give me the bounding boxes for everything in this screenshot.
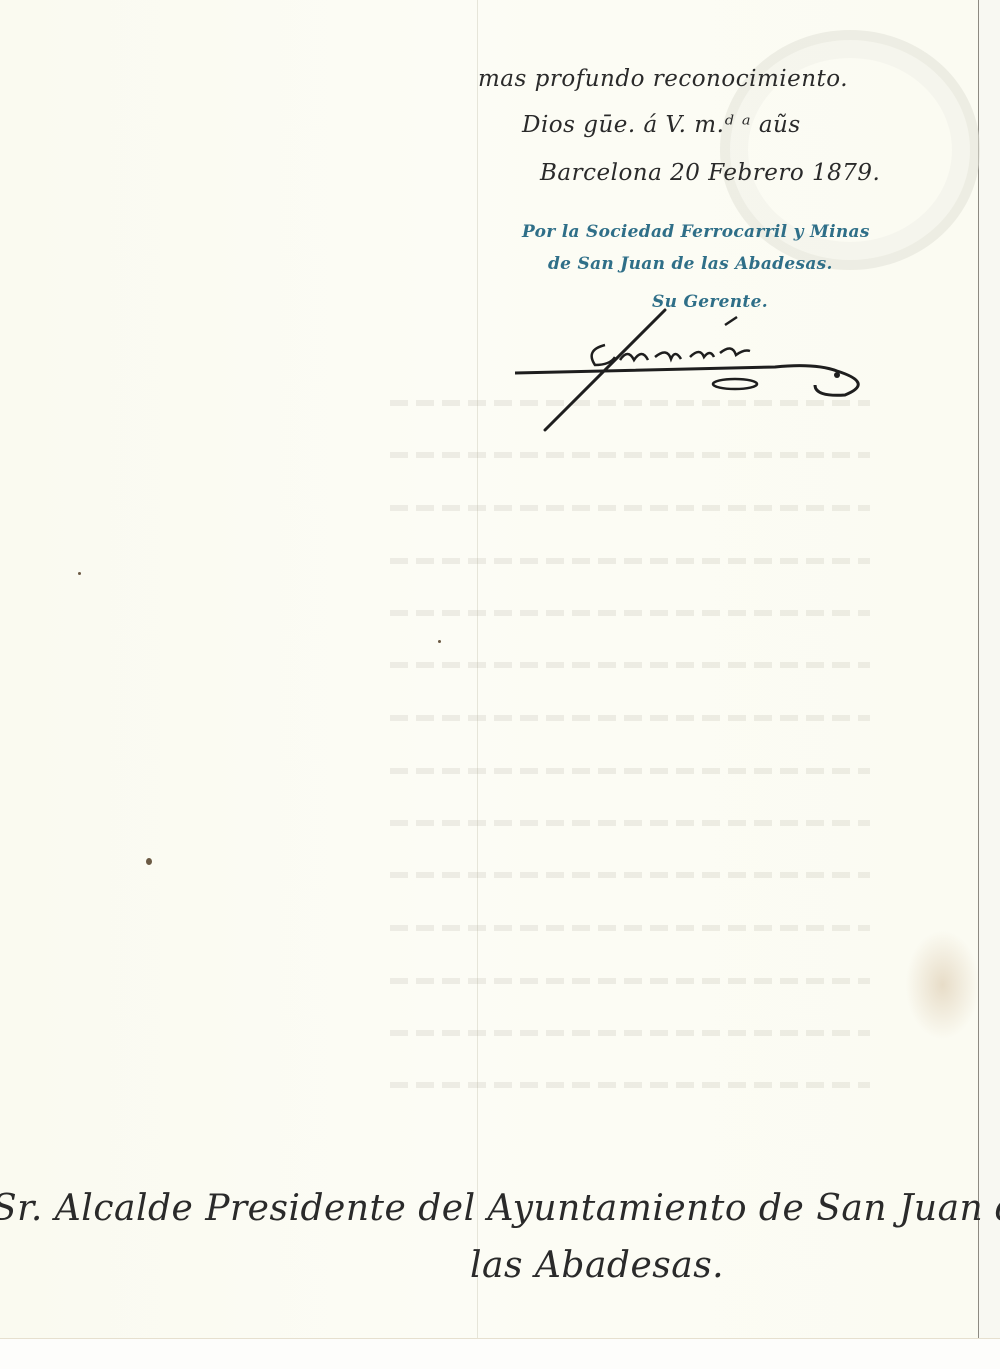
bleed-through-text xyxy=(390,978,870,984)
closing-line-2: Dios gūe. á V. m.ᵈ ᵃ aũs xyxy=(522,112,801,138)
bleed-through-text xyxy=(390,715,870,721)
ink-speck xyxy=(146,858,152,865)
bleed-through-text xyxy=(390,820,870,826)
bleed-through-text xyxy=(390,610,870,616)
addressee-line-2: las Abadesas. xyxy=(470,1245,724,1286)
bleed-through-text xyxy=(390,505,870,511)
addressee-line-1: Sr. Alcalde Presidente del Ayuntamiento … xyxy=(0,1188,1000,1229)
paper-fold-line xyxy=(477,0,478,1338)
foxing-stain xyxy=(905,930,980,1040)
bleed-through-text xyxy=(390,768,870,774)
signature-flourish xyxy=(515,305,885,435)
ink-speck xyxy=(438,640,441,643)
date-line: Barcelona 20 Febrero 1879. xyxy=(540,160,880,186)
stamp-company-line-2: de San Juan de las Abadesas. xyxy=(548,254,833,274)
stamp-company-line-1: Por la Sociedad Ferrocarril y Minas xyxy=(522,222,870,242)
bleed-through-text xyxy=(390,452,870,458)
bleed-through-text xyxy=(390,872,870,878)
bleed-through-text xyxy=(390,662,870,668)
closing-line-1: mas profundo reconocimiento. xyxy=(478,66,848,92)
page-edge xyxy=(978,0,1000,1338)
bleed-through-text xyxy=(390,1082,870,1088)
bleed-through-text xyxy=(390,925,870,931)
ink-speck xyxy=(78,572,81,575)
bleed-through-text xyxy=(390,558,870,564)
page-bottom-margin xyxy=(0,1338,1000,1369)
bleed-through-text xyxy=(390,1030,870,1036)
